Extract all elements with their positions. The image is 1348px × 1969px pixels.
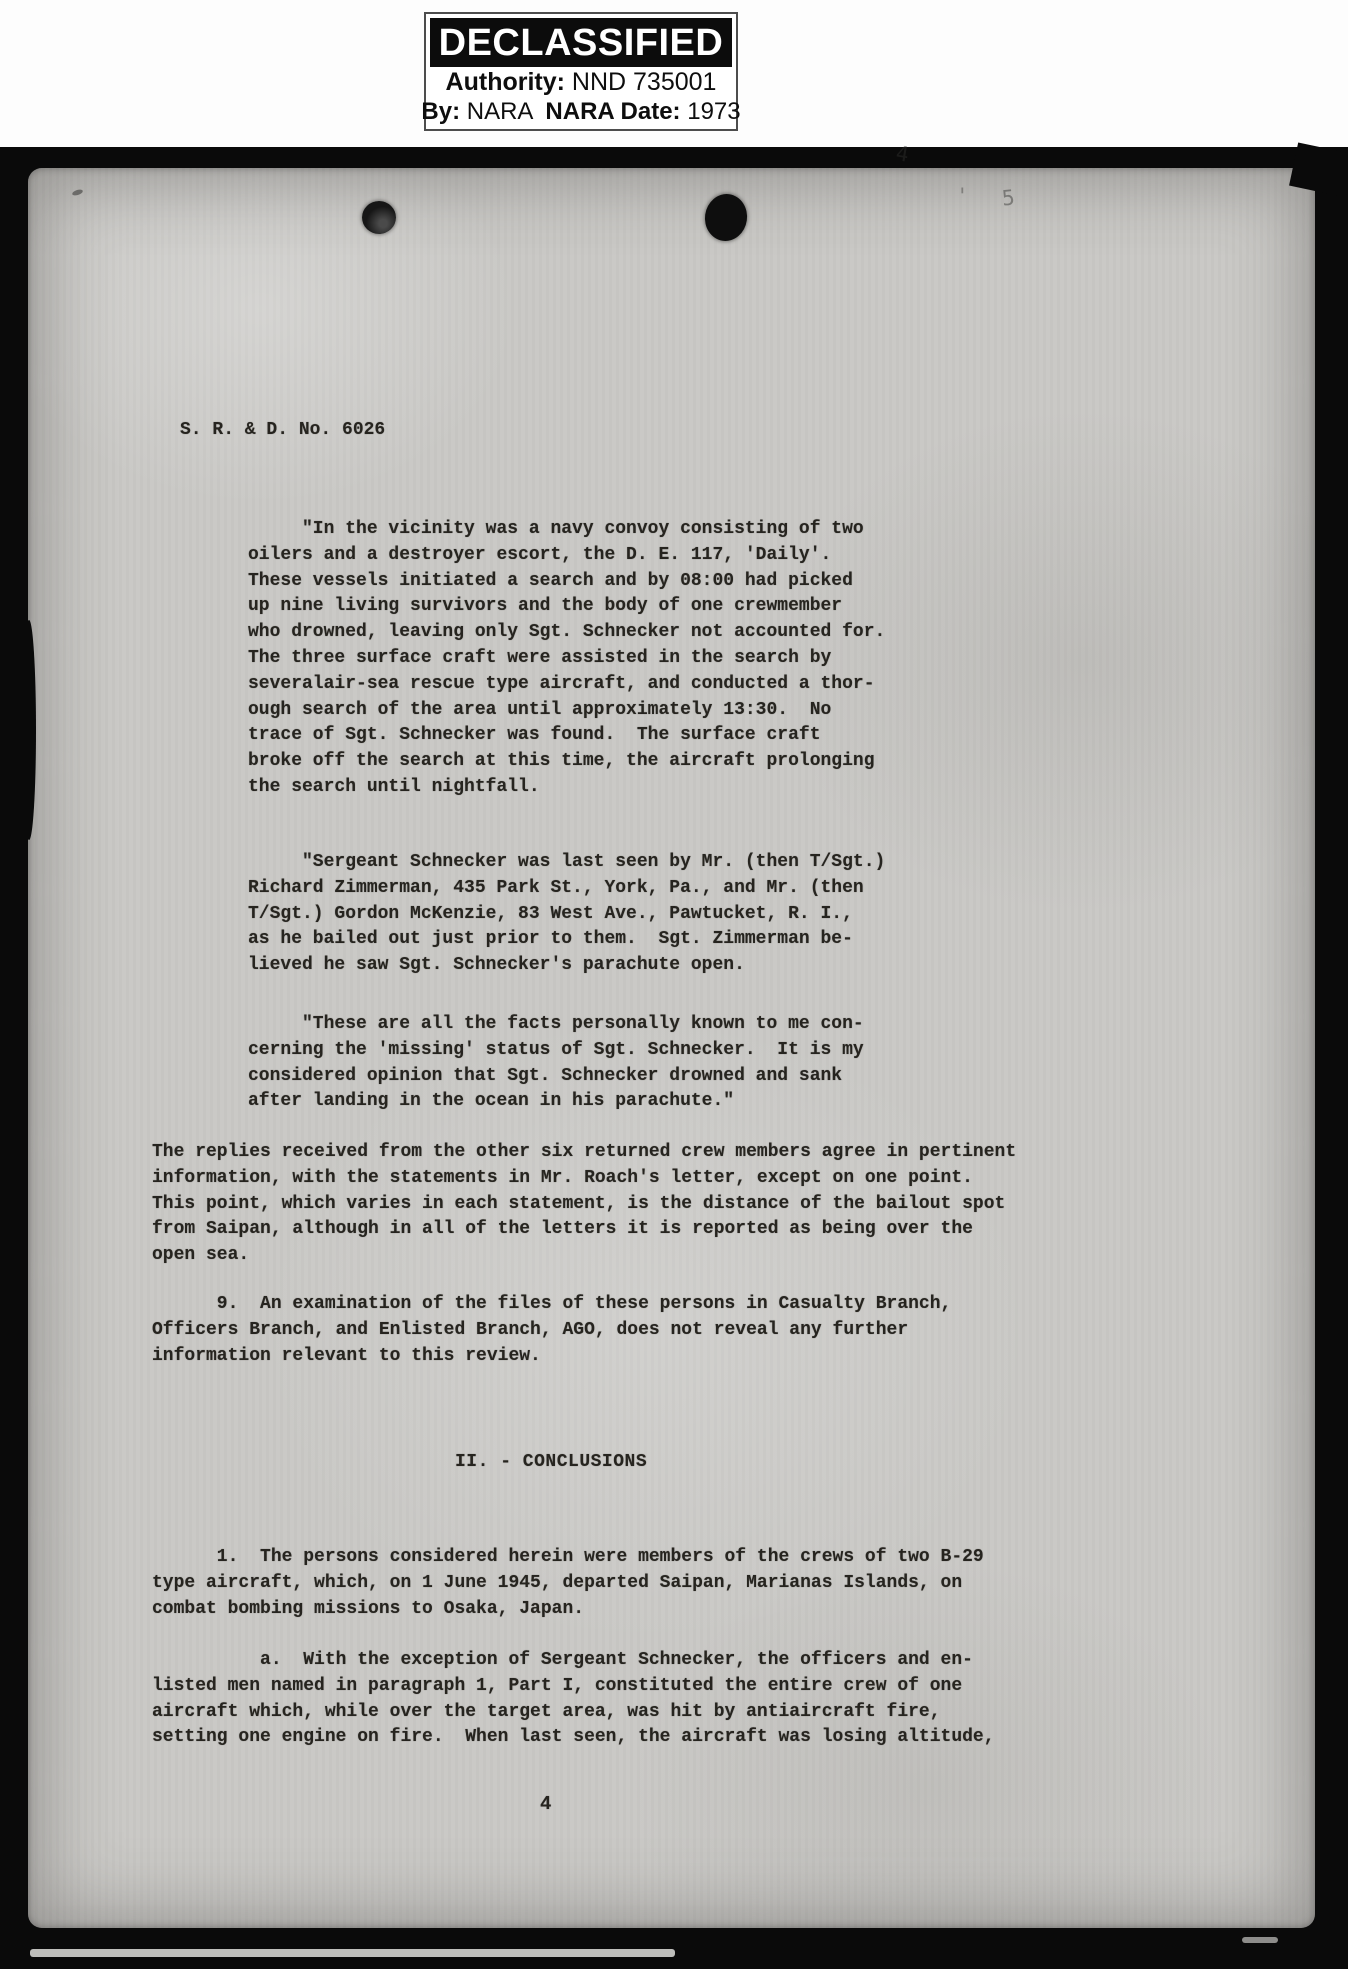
declassified-stamp-bar: DECLASSIFIED (430, 18, 732, 67)
punch-hole-left (362, 201, 396, 234)
paragraph-a-exception: a. With the exception of Sergeant Schnec… (152, 1648, 995, 1751)
top-white-band: DECLASSIFIED Authority: NND 735001 By: N… (0, 0, 1348, 147)
paragraph-replies: The replies received from the other six … (152, 1140, 1016, 1269)
scanned-document-page: DECLASSIFIED Authority: NND 735001 By: N… (0, 0, 1348, 1969)
pencil-mark: 5 (1001, 185, 1016, 210)
ref-number: S. R. & D. No. 6026 (180, 418, 385, 444)
paragraph-9-examination: 9. An examination of the files of these … (152, 1292, 951, 1369)
pencil-mark: ' (956, 184, 969, 208)
scan-streak-bottom-right (1242, 1937, 1278, 1943)
stamp-authority-label: Authority: (446, 68, 565, 96)
declassified-stamp: DECLASSIFIED Authority: NND 735001 By: N… (424, 12, 738, 131)
pencil-mark: 4 (894, 141, 910, 167)
stamp-by-value: NARA (460, 98, 545, 125)
stamp-by-label: By: (421, 98, 460, 125)
page-number: 4 (540, 1792, 551, 1818)
quoted-paragraph-vicinity: "In the vicinity was a navy convoy consi… (248, 517, 885, 801)
scan-streak-bottom (30, 1949, 675, 1957)
section-heading-conclusions: II. - CONCLUSIONS (455, 1450, 647, 1476)
quoted-paragraph-facts: "These are all the facts personally know… (248, 1012, 864, 1115)
stamp-date-label: NARA Date: (545, 98, 680, 125)
declassified-title: DECLASSIFIED (439, 24, 724, 62)
stamp-authority-line: Authority: NND 735001 (446, 68, 717, 97)
stamp-by-line: By: NARA NARA Date: 1973 (421, 98, 740, 126)
stamp-authority-value: NND 735001 (565, 68, 716, 96)
quoted-paragraph-last-seen: "Sergeant Schnecker was last seen by Mr.… (248, 850, 885, 979)
scan-edge-blob (22, 620, 36, 840)
stamp-date-value: 1973 (681, 98, 741, 125)
paragraph-1-persons: 1. The persons considered herein were me… (152, 1545, 984, 1622)
